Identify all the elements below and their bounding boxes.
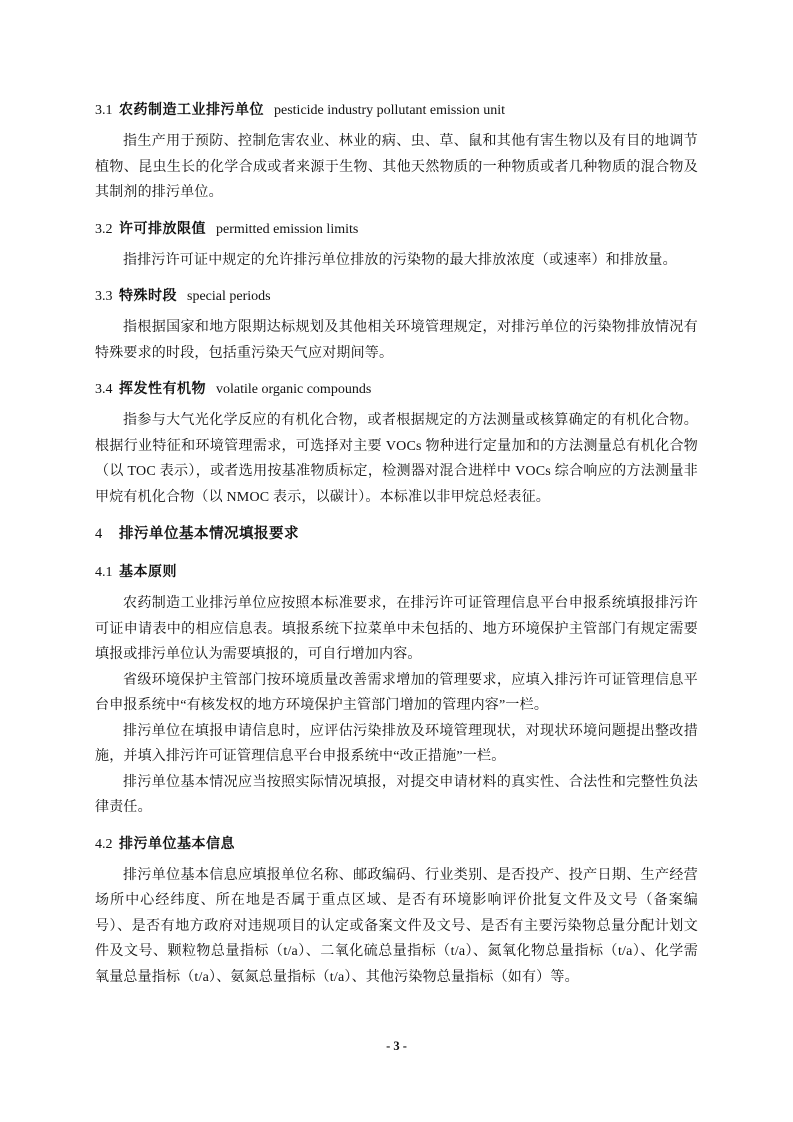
- paragraph: 指根据国家和地方限期达标规划及其他相关环境管理规定，对排污单位的污染物排放情况有…: [95, 315, 698, 366]
- section-number: 3.4: [95, 380, 119, 400]
- paragraph: 指生产用于预防、控制危害农业、林业的病、虫、草、鼠和其他有害生物以及有目的地调节…: [95, 129, 698, 206]
- section-4-2: 4.2排污单位基本信息 排污单位基本信息应填报单位名称、邮政编码、行业类别、是否…: [95, 833, 698, 991]
- section-number: 3.2: [95, 220, 119, 240]
- section-3-3: 3.3特殊时段special periods 指根据国家和地方限期达标规划及其他…: [95, 285, 698, 366]
- paragraph: 农药制造工业排污单位应按照本标准要求，在排污许可证管理信息平台申报系统填报排污许…: [95, 591, 698, 668]
- section-3-1: 3.1农药制造工业排污单位pesticide industry pollutan…: [95, 99, 698, 206]
- section-title-zh: 挥发性有机物: [119, 380, 206, 396]
- section-number: 4.1: [95, 563, 119, 583]
- page-content: 3.1农药制造工业排污单位pesticide industry pollutan…: [95, 99, 698, 990]
- paragraph: 排污单位在填报申请信息时，应评估污染排放及环境管理现状，对现状环境问题提出整改措…: [95, 719, 698, 770]
- section-number: 4.2: [95, 835, 119, 855]
- chapter-heading: 4排污单位基本情况填报要求: [95, 523, 698, 545]
- document-page: 3.1农药制造工业排污单位pesticide industry pollutan…: [0, 0, 793, 1122]
- section-title-zh: 排污单位基本信息: [119, 835, 235, 851]
- section-title-zh: 特殊时段: [119, 287, 177, 303]
- paragraph: 指参与大气光化学反应的有机化合物，或者根据规定的方法测量或核算确定的有机化合物。…: [95, 408, 698, 510]
- section-title-en: special periods: [187, 289, 271, 304]
- section-title-en: permitted emission limits: [216, 222, 358, 237]
- section-3-2: 3.2许可排放限值permitted emission limits 指排污许可…: [95, 218, 698, 274]
- section-title-zh: 农药制造工业排污单位: [119, 101, 264, 117]
- section-heading: 3.2许可排放限值permitted emission limits: [95, 218, 698, 240]
- page-number: - 3 -: [0, 1039, 793, 1054]
- section-heading: 3.3特殊时段special periods: [95, 285, 698, 307]
- section-heading: 3.1农药制造工业排污单位pesticide industry pollutan…: [95, 99, 698, 121]
- section-4: 4排污单位基本情况填报要求: [95, 523, 698, 545]
- paragraph: 排污单位基本情况应当按照实际情况填报，对提交申请材料的真实性、合法性和完整性负法…: [95, 770, 698, 821]
- section-heading: 3.4挥发性有机物volatile organic compounds: [95, 378, 698, 400]
- section-title-zh: 许可排放限值: [119, 220, 206, 236]
- section-heading: 4.2排污单位基本信息: [95, 833, 698, 855]
- section-title-en: volatile organic compounds: [216, 382, 371, 397]
- section-4-1: 4.1基本原则 农药制造工业排污单位应按照本标准要求，在排污许可证管理信息平台申…: [95, 561, 698, 821]
- paragraph: 指排污许可证中规定的允许排污单位排放的污染物的最大排放浓度（或速率）和排放量。: [95, 248, 698, 274]
- paragraph: 省级环境保护主管部门按环境质量改善需求增加的管理要求，应填入排污许可证管理信息平…: [95, 668, 698, 719]
- section-title-zh: 基本原则: [119, 563, 177, 579]
- section-heading: 4.1基本原则: [95, 561, 698, 583]
- section-number: 4: [95, 523, 119, 545]
- paragraph: 排污单位基本信息应填报单位名称、邮政编码、行业类别、是否投产、投产日期、生产经营…: [95, 863, 698, 991]
- section-title-zh: 排污单位基本情况填报要求: [119, 526, 299, 542]
- section-title-en: pesticide industry pollutant emission un…: [274, 103, 505, 118]
- section-3-4: 3.4挥发性有机物volatile organic compounds 指参与大…: [95, 378, 698, 510]
- section-number: 3.3: [95, 287, 119, 307]
- section-number: 3.1: [95, 101, 119, 121]
